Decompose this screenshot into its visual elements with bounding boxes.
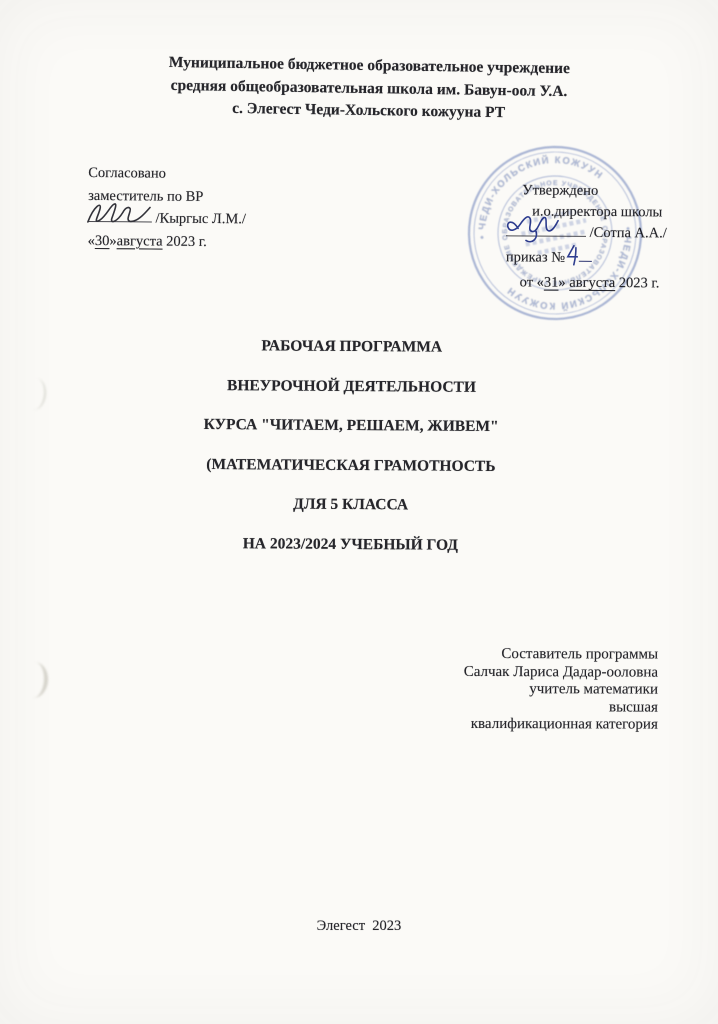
- title-line-3: КУРСА "ЧИТАЕМ, РЕШАЕМ, ЖИВЕМ": [0, 412, 710, 439]
- title-line-2: ВНЕУРОЧНОЙ ДЕЯТЕЛЬНОСТИ: [0, 373, 711, 400]
- title-line-5: ДЛЯ 5 КЛАССА: [0, 491, 710, 518]
- title-line-4: (МАТЕМАТИЧЕСКАЯ ГРАМОТНОСТЬ: [0, 452, 710, 479]
- school-round-stamp-icon: • ЧЕДИ-ХОЛЬСКИЙ КОЖУУН • ЧЕДИ-ХОЛЬСКИЙ К…: [447, 125, 663, 341]
- title-line-6: НА 2023/2024 УЧЕБНЫЙ ГОД: [0, 531, 709, 558]
- agreed-title: Согласовано: [88, 162, 328, 187]
- signature-scribble-icon: [84, 198, 154, 229]
- composer-position: учитель математики: [318, 681, 658, 700]
- agreed-signature-row: /Кыргыс Л.М./: [88, 207, 328, 232]
- footer-place-year: Элегест 2023: [0, 918, 718, 935]
- agreed-date: «30»августа 2023 г.: [88, 229, 328, 254]
- stamp-center-text-lines: [519, 210, 590, 256]
- agreed-name: /Кыргыс Л.М./: [155, 211, 246, 228]
- composer-block: Составитель программы Салчак Лариса Дада…: [318, 645, 658, 734]
- document-page: Муниципальное бюджетное образовательное …: [0, 0, 718, 1024]
- agreed-block: Согласовано заместитель по ВР /Кыргыс Л.…: [88, 162, 329, 254]
- program-title-block: РАБОЧАЯ ПРОГРАММА ВНЕУРОЧНОЙ ДЕЯТЕЛЬНОСТ…: [0, 333, 711, 575]
- composer-category-1: высшая: [318, 698, 658, 717]
- title-line-1: РАБОЧАЯ ПРОГРАММА: [0, 333, 711, 360]
- school-header: Муниципальное бюджетное образовательное …: [10, 49, 718, 128]
- binder-hole-shadow: [19, 661, 49, 699]
- composer-name: Салчак Лариса Дадар-ооловна: [318, 663, 658, 682]
- composer-label: Составитель программы: [318, 645, 658, 664]
- composer-category-2: квалификационная категория: [318, 716, 658, 735]
- agreed-signature-line: [88, 208, 152, 223]
